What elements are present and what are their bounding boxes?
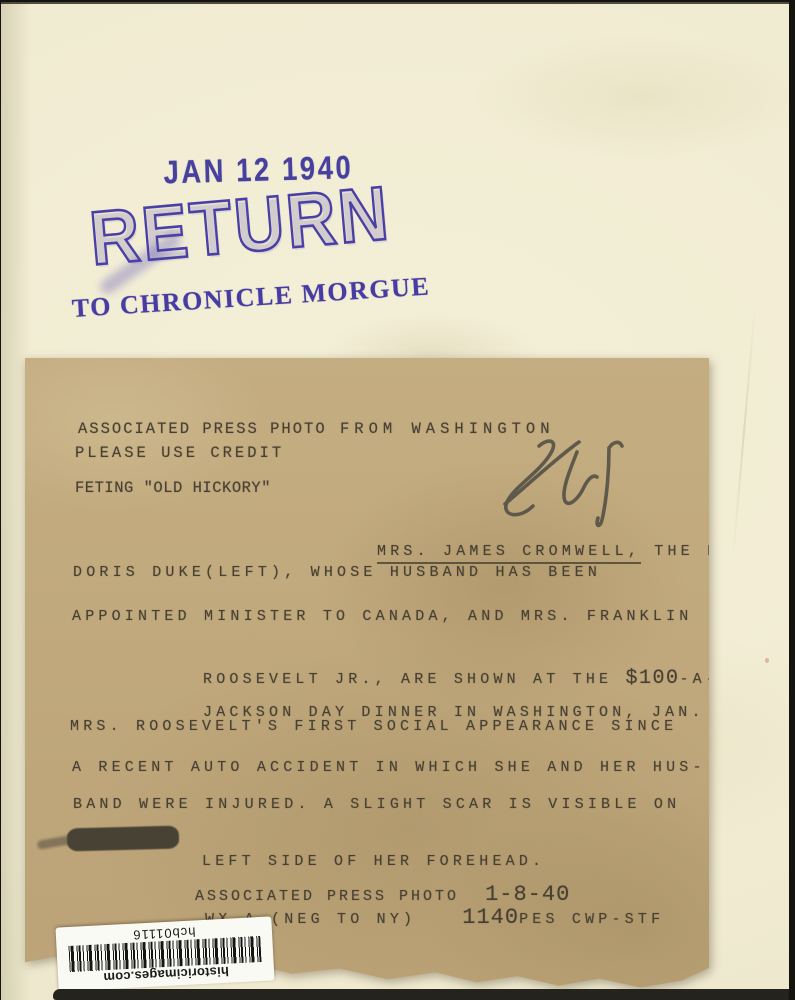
caption-sheet-wrap: ASSOCIATED PRESS PHOTO FROM WASHINGTON P… — [25, 358, 709, 990]
caption-paragraph-line: A RECENT AUTO ACCIDENT IN WHICH SHE AND … — [72, 758, 706, 777]
caption-paragraph-line: APPOINTED MINISTER TO CANADA, AND MRS. F… — [72, 607, 692, 626]
press-photo-back: JAN 12 1940 RETURN TO CHRONICLE MORGUE A… — [0, 0, 795, 1000]
photo-paper: JAN 12 1940 RETURN TO CHRONICLE MORGUE A… — [1, 2, 789, 1000]
credit-time: 1140 — [462, 905, 519, 930]
use-credit-line: PLEASE USE CREDIT — [75, 444, 284, 463]
handwritten-signature — [487, 430, 662, 530]
underlined-name: MRS. JAMES CROMWELL, — [377, 543, 641, 564]
photo-top-edge — [1, 2, 789, 4]
caption-paragraph-line: DORIS DUKE(LEFT), WHOSE HUSBAND HAS BEEN — [73, 563, 601, 582]
caption-paragraph-line: BAND WERE INJURED. A SLIGHT SCAR IS VISI… — [73, 795, 680, 814]
strikeout-blob — [67, 826, 180, 852]
big-figure: 3. — [718, 700, 745, 723]
caption-sheet: ASSOCIATED PRESS PHOTO FROM WASHINGTON P… — [25, 358, 709, 990]
caption-paragraph-line: MRS. ROOSEVELT'S FIRST SOCIAL APPEARANCE… — [70, 717, 677, 736]
caption-text: IT WAS — [745, 704, 795, 721]
press-credit-left: ASSOCIATED PRESS PHOTO — [78, 420, 327, 439]
credit-text: PES CWP-STF — [519, 911, 664, 928]
photo-bottom-edge — [53, 989, 789, 1000]
caption-text: THE FORMER — [641, 543, 786, 560]
return-stamp: RETURN — [87, 176, 394, 278]
slug-line: FETING "OLD HICKORY" — [75, 479, 271, 498]
paper-crease — [732, 302, 757, 561]
barcode — [68, 936, 261, 972]
red-speck — [765, 658, 769, 663]
barcode-label: historicimages.com hcb01116 — [55, 916, 274, 991]
